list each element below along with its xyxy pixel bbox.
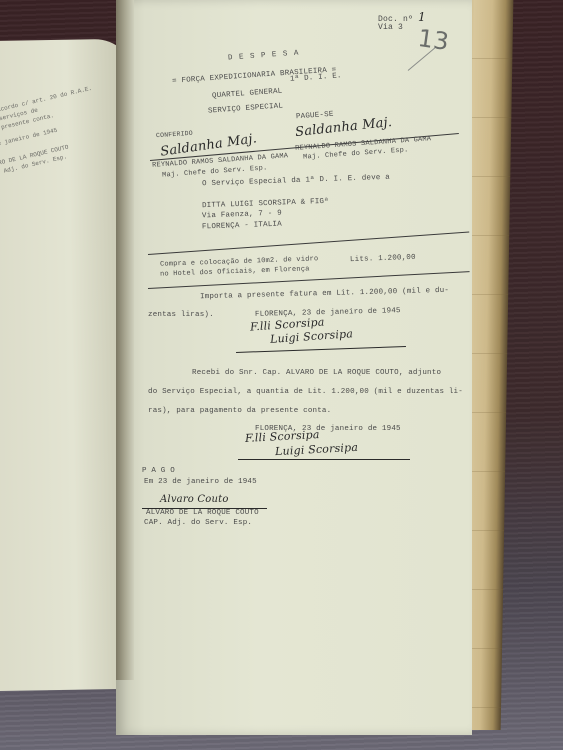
receipt-line-3: ras), para pagamento da presente conta. bbox=[148, 407, 331, 415]
left-page-text: ... de acordo c/ art. 20 do R.A.E. ... o… bbox=[0, 82, 114, 179]
page-number-pencil: 13 bbox=[416, 24, 451, 56]
doc-title: D E S P E S A bbox=[228, 50, 300, 63]
total-line-1: Importa a presente fatura em Lit. 1.200,… bbox=[200, 287, 449, 302]
creditor-name: DITTA LUIGI SCORSIPA & FIGª bbox=[202, 198, 329, 210]
paid-signer-name: ALVARO DE LA ROQUE COUTO bbox=[146, 509, 259, 517]
paid-signature: Alvaro Couto bbox=[160, 494, 229, 505]
doc-number: Doc. nº 1 bbox=[378, 10, 426, 24]
book-gutter bbox=[116, 0, 134, 680]
paid-label: P A G O bbox=[142, 467, 175, 475]
pay-order: PAGUE-SE bbox=[296, 111, 334, 122]
paid-signer-title: CAP. Adj. do Serv. Esp. bbox=[144, 519, 252, 527]
total-line-2: zentas liras). bbox=[148, 311, 214, 319]
paid-date: Em 23 de janeiro de 1945 bbox=[144, 478, 257, 486]
item-amount: Lits. 1.200,00 bbox=[350, 254, 416, 264]
service: SERVIÇO ESPECIAL bbox=[208, 102, 284, 115]
creditor-street: Via Faenza, 7 - 9 bbox=[202, 210, 282, 221]
receipt-line-2: do Serviço Especial, a quantia de Lit. 1… bbox=[148, 388, 463, 396]
confirmed-label: CONFERIDO bbox=[156, 130, 193, 140]
vendor-signature-2b: Luigi Scorsipa bbox=[275, 441, 359, 458]
debtor-line: O Serviço Especial da 1ª D. I. E. deve a bbox=[202, 174, 390, 189]
place-date-1: FLORENÇA, 23 de janeiro de 1945 bbox=[255, 307, 401, 319]
hq: QUARTEL GENERAL bbox=[212, 88, 283, 101]
creditor-city: FLORENÇA - ITALIA bbox=[202, 221, 282, 232]
receipt-line-1: Recebi do Snr. Cap. ALVARO DE LA ROQUE C… bbox=[192, 369, 441, 377]
via-number: Via 3 bbox=[378, 23, 403, 32]
expense-document: Doc. nº 1 Via 3 13 D E S P E S A = FORÇA… bbox=[140, 0, 470, 700]
